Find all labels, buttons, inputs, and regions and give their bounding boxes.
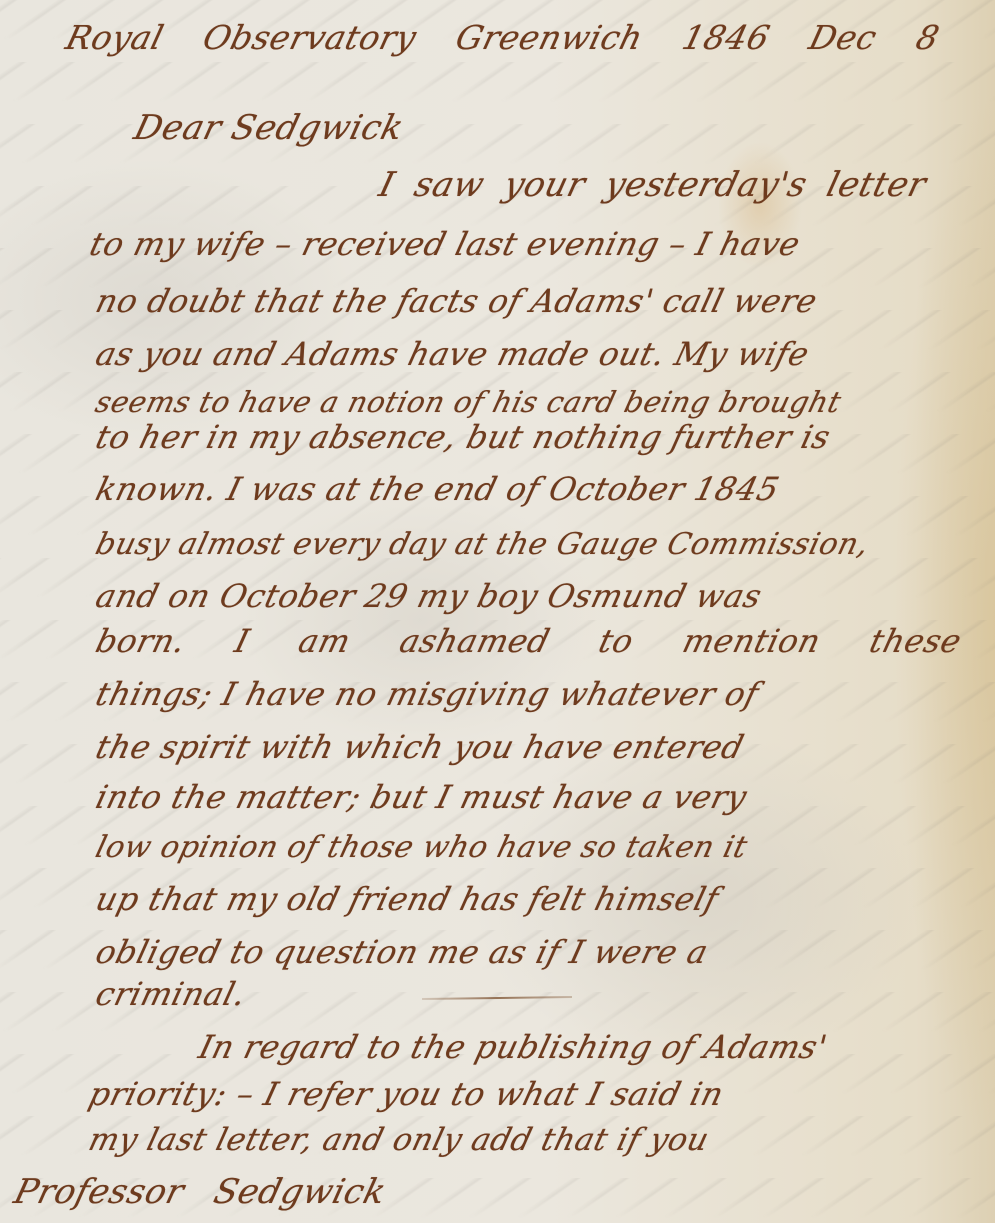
body-line: no doubt that the facts of Adams' call w… [92, 282, 821, 320]
body-line: criminal. [92, 975, 250, 1013]
body-line: up that my old friend has felt himself [92, 880, 723, 918]
body-line: my last letter, and only add that if you [85, 1122, 713, 1158]
body-line: as you and Adams have made out. My wife [92, 335, 813, 373]
section-divider-line [422, 996, 572, 1000]
body-line: obliged to question me as if I were a [92, 933, 712, 971]
salutation: Dear Sedgwick [130, 108, 408, 148]
body-line: born. I am ashamed to mention these [92, 622, 966, 660]
letter-heading: Royal Observatory Greenwich 1846 Dec 8 [62, 18, 943, 57]
body-line: seems to have a notion of his card being… [92, 385, 845, 419]
body-line: to my wife – received last evening – I h… [86, 225, 804, 263]
addressee-footer: Professor Sedgwick [10, 1172, 390, 1212]
body-line: I saw your yesterday's letter [375, 165, 930, 205]
body-line: into the matter; but I must have a very [92, 778, 751, 816]
body-line: and on October 29 my boy Osmund was [92, 577, 766, 615]
body-line: busy almost every day at the Gauge Commi… [92, 527, 873, 562]
body-line: priority: – I refer you to what I said i… [85, 1075, 728, 1113]
body-line: to her in my absence, but nothing furthe… [92, 418, 834, 456]
body-line: things; I have no misgiving whatever of [92, 675, 763, 713]
body-line: the spirit with which you have entered [92, 728, 748, 766]
body-line: low opinion of those who have so taken i… [92, 830, 751, 865]
letter-page: Royal Observatory Greenwich 1846 Dec 8 D… [0, 0, 995, 1223]
body-line: known. I was at the end of October 1845 [92, 470, 783, 508]
body-line: In regard to the publishing of Adams' [195, 1028, 831, 1066]
